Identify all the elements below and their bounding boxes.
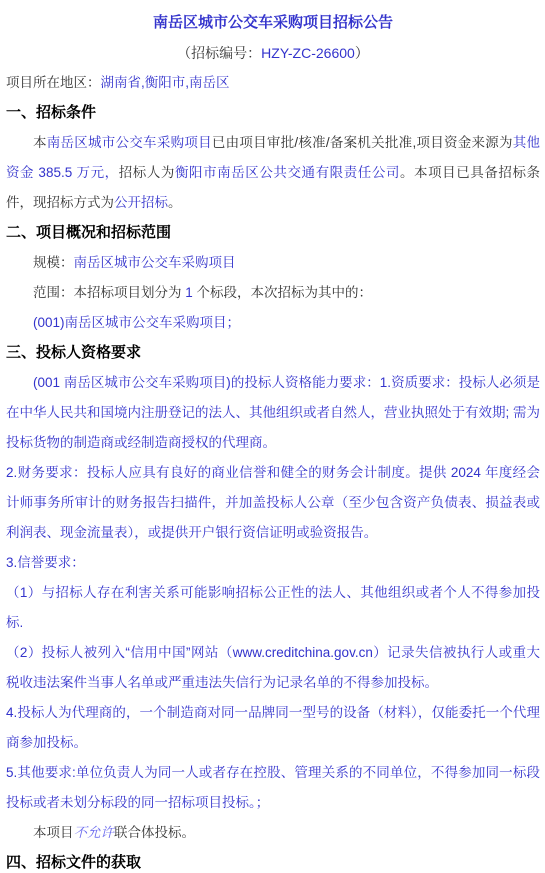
text-run: 招标人为 <box>119 165 175 180</box>
section-2-heading: 二、项目概况和招标范围 <box>6 218 540 248</box>
text-run: 本项目 <box>33 825 74 840</box>
range-label: 范围： <box>33 285 74 300</box>
credit-requirement-item-2: （2）投标人被列入“信用中国”网站（www.creditchina.gov.cn… <box>6 638 540 698</box>
qualification-requirement-paragraph: (001 南岳区城市公交车采购项目)的投标人资格能力要求：1.资质要求：投标人必… <box>6 368 540 458</box>
project-name-link: 南岳区城市公交车采购项目 <box>47 135 212 150</box>
tender-number-prefix: （招标编号： <box>177 45 261 61</box>
scale-label: 规模： <box>33 255 74 270</box>
text-run: 本招标项目划分为 <box>74 285 182 300</box>
text-run: 本 <box>33 135 47 150</box>
tender-method-value: 公开招标 <box>114 195 168 210</box>
section-4-heading: 四、招标文件的获取 <box>6 848 540 873</box>
page-title: 南岳区城市公交车采购项目招标公告 <box>6 8 540 38</box>
tender-number-suffix: ） <box>355 45 369 61</box>
project-location-value: 湖南省,衡阳市,南岳区 <box>101 75 230 90</box>
agent-requirement-paragraph: 4.投标人为代理商的，一个制造商对同一品牌同一型号的设备（材料），仅能委托一个代… <box>6 698 540 758</box>
text-run: 个标段，本次招标为其中的： <box>197 285 373 300</box>
project-scale-line: 规模：南岳区城市公交车采购项目 <box>6 248 540 278</box>
credit-requirement-heading-line: 3.信誉要求： <box>6 548 540 578</box>
financial-requirement-paragraph: 2.财务要求：投标人应具有良好的商业信誉和健全的财务会计制度。提供 2024 年… <box>6 458 540 548</box>
text-run: 联合体投标。 <box>114 825 195 840</box>
lot-001-line: (001)南岳区城市公交车采购项目； <box>6 308 540 338</box>
project-location-line: 项目所在地区：湖南省,衡阳市,南岳区 <box>6 68 540 98</box>
text-run: 。 <box>168 195 182 210</box>
tenderer-name-value: 衡阳市南岳区公共交通有限责任公司 <box>175 165 400 180</box>
project-location-label: 项目所在地区： <box>6 75 101 90</box>
tender-number-line: （招标编号：HZY-ZC-26600） <box>6 38 540 68</box>
tender-conditions-paragraph: 本南岳区城市公交车采购项目已由项目审批/核准/备案机关批准,项目资金来源为其他资… <box>6 128 540 218</box>
section-1-heading: 一、招标条件 <box>6 98 540 128</box>
other-requirement-paragraph: 5.其他要求:单位负责人为同一人或者存在控股、管理关系的不同单位，不得参加同一标… <box>6 758 540 818</box>
scale-value: 南岳区城市公交车采购项目 <box>74 255 236 270</box>
text-run: 已由项目审批/核准/备案机关批准,项目资金来源为 <box>212 135 513 150</box>
tender-range-line: 范围：本招标项目划分为 1 个标段，本次招标为其中的： <box>6 278 540 308</box>
tender-announcement-document: 南岳区城市公交车采购项目招标公告 （招标编号：HZY-ZC-26600） 项目所… <box>0 0 545 873</box>
tender-number-code: HZY-ZC-26600 <box>261 45 355 61</box>
lot-count-value: 1 <box>182 285 197 300</box>
credit-requirement-item-1: （1）与招标人存在利害关系可能影响招标公正性的法人、其他组织或者个人不得参加投标… <box>6 578 540 638</box>
section-3-heading: 三、投标人资格要求 <box>6 338 540 368</box>
not-allowed-emphasis: 不允许 <box>74 825 115 840</box>
joint-venture-line: 本项目不允许联合体投标。 <box>6 818 540 848</box>
